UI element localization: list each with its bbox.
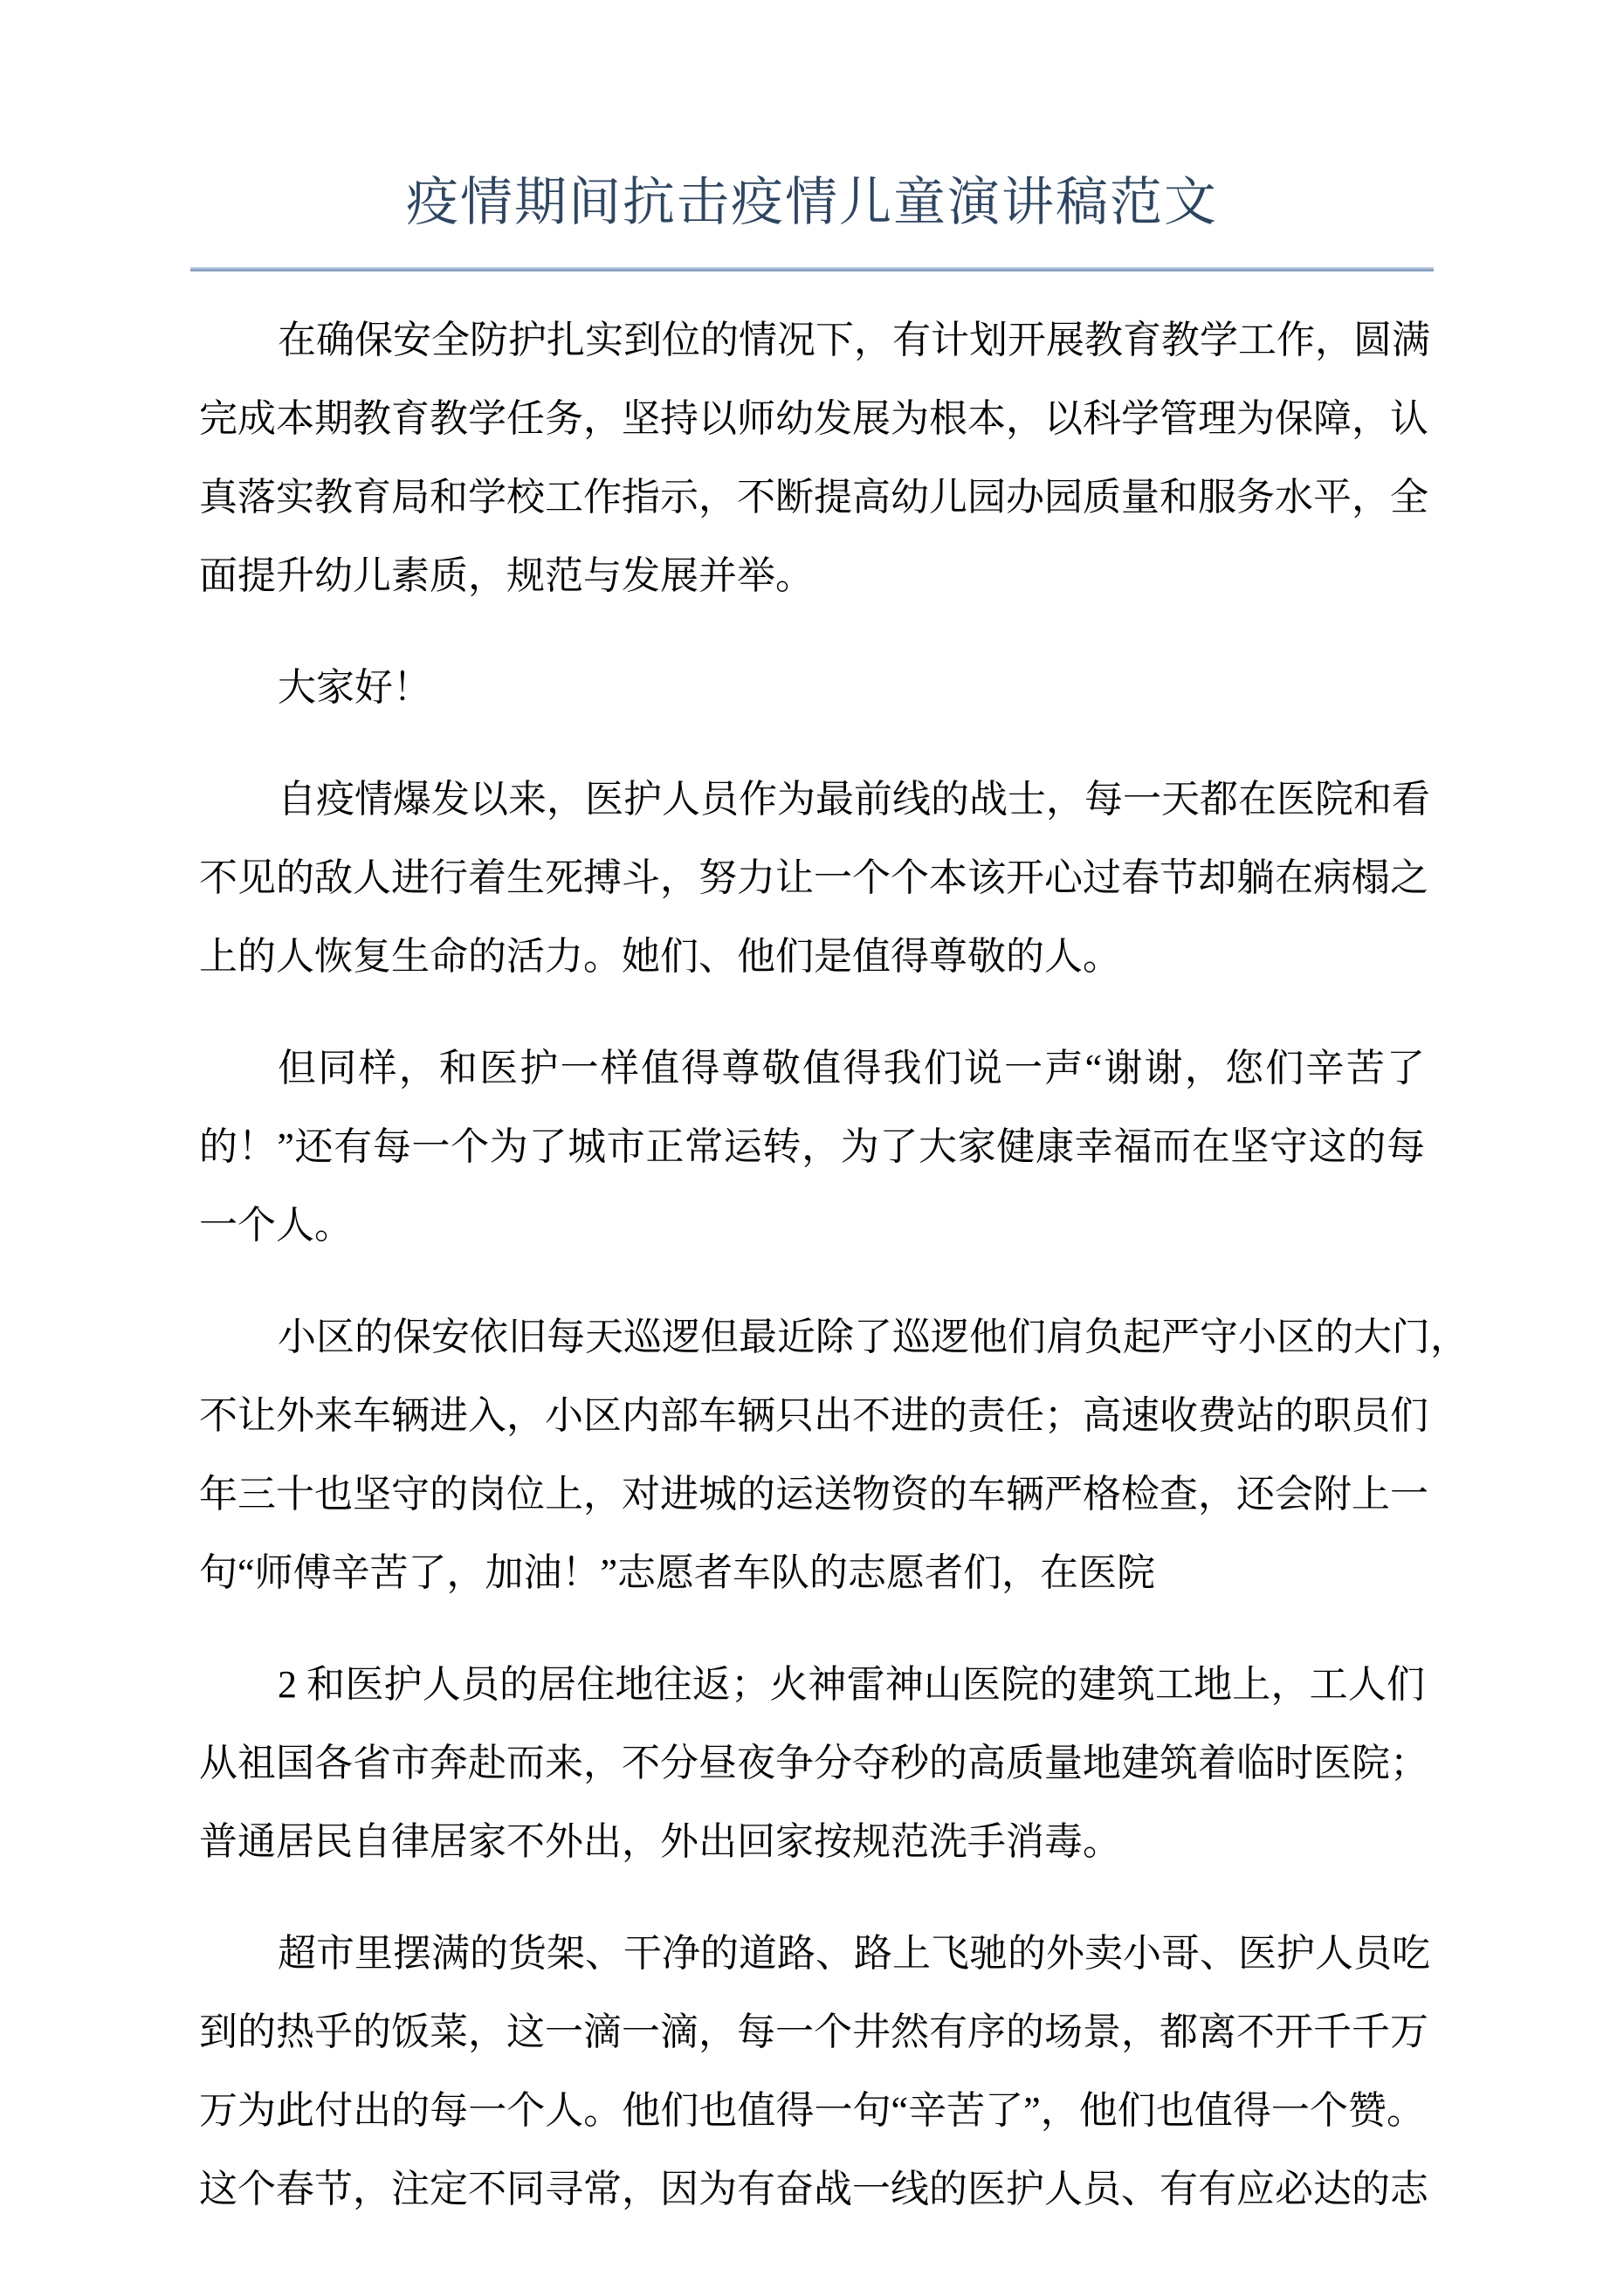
title-underline-rule [190,267,1434,272]
document-title: 疫情期间抗击疫情儿童演讲稿范文 [190,170,1434,235]
text-line: 真落实教育局和学校工作指示，不断提高幼儿园办园质量和服务水平，全 [199,458,1425,537]
text-line: 这个春节，注定不同寻常，因为有奋战一线的医护人员、有有应必达的志 [199,2150,1425,2229]
text-line: 万为此付出的每一个人。他们也值得一句“辛苦了”，他们也值得一个赞。 [199,2072,1425,2150]
text-line: 到的热乎的饭菜，这一滴一滴，每一个井然有序的场景，都离不开千千万 [199,1993,1425,2072]
paragraph: 大家好！ [199,649,1425,727]
paragraph: 自疫情爆发以来，医护人员作为最前线的战士，每一天都在医院和看不见的敌人进行着生死… [199,760,1425,996]
text-line: 从祖国各省市奔赴而来，不分昼夜争分夺秒的高质量地建筑着临时医院； [199,1724,1425,1803]
text-line: 面提升幼儿素质，规范与发展并举。 [199,537,1425,615]
text-line: 在确保安全防护扎实到位的情况下，有计划开展教育教学工作，圆满 [199,301,1425,380]
text-line: 完成本期教育教学任务，坚持以师幼发展为根本，以科学管理为保障，认 [199,380,1425,458]
document-body: 在确保安全防护扎实到位的情况下，有计划开展教育教学工作，圆满完成本期教育教学任务… [199,301,1425,2229]
text-line: 一个人。 [199,1186,1425,1265]
text-line: 超市里摆满的货架、干净的道路、路上飞驰的外卖小哥、医护人员吃 [199,1914,1425,1993]
text-line: 年三十也坚守的岗位上，对进城的运送物资的车辆严格检查，还会附上一 [199,1455,1425,1534]
text-line: 普通居民自律居家不外出，外出回家按规范洗手消毒。 [199,1803,1425,1881]
text-line: 不让外来车辆进入，小区内部车辆只出不进的责任；高速收费站的职员们 [199,1377,1425,1455]
text-line: 2 和医护人员的居住地往返；火神雷神山医院的建筑工地上，工人们 [199,1646,1425,1724]
document-page: 疫情期间抗击疫情儿童演讲稿范文 在确保安全防护扎实到位的情况下，有计划开展教育教… [0,0,1624,2296]
text-line: 上的人恢复生命的活力。她们、他们是值得尊敬的人。 [199,918,1425,996]
paragraph: 超市里摆满的货架、干净的道路、路上飞驰的外卖小哥、医护人员吃到的热乎的饭菜，这一… [199,1914,1425,2229]
paragraph: 2 和医护人员的居住地往返；火神雷神山医院的建筑工地上，工人们从祖国各省市奔赴而… [199,1646,1425,1881]
text-line: 但同样，和医护一样值得尊敬值得我们说一声“谢谢，您们辛苦了 [199,1029,1425,1108]
document-header: 疫情期间抗击疫情儿童演讲稿范文 [190,170,1434,272]
text-line: 大家好！ [199,649,1425,727]
text-line: 小区的保安依旧每天巡逻但最近除了巡逻他们肩负起严守小区的大门， [199,1298,1425,1377]
text-line: 不见的敌人进行着生死搏斗，努力让一个个本该开心过春节却躺在病榻之 [199,839,1425,918]
text-line: 自疫情爆发以来，医护人员作为最前线的战士，每一天都在医院和看 [199,760,1425,839]
paragraph: 但同样，和医护一样值得尊敬值得我们说一声“谢谢，您们辛苦了的！”还有每一个为了城… [199,1029,1425,1265]
text-line: 的！”还有每一个为了城市正常运转，为了大家健康幸福而在坚守这的每 [199,1108,1425,1186]
text-line: 句“师傅辛苦了，加油！”志愿者车队的志愿者们，在医院 [199,1534,1425,1612]
paragraph: 小区的保安依旧每天巡逻但最近除了巡逻他们肩负起严守小区的大门，不让外来车辆进入，… [199,1298,1425,1612]
paragraph: 在确保安全防护扎实到位的情况下，有计划开展教育教学工作，圆满完成本期教育教学任务… [199,301,1425,615]
